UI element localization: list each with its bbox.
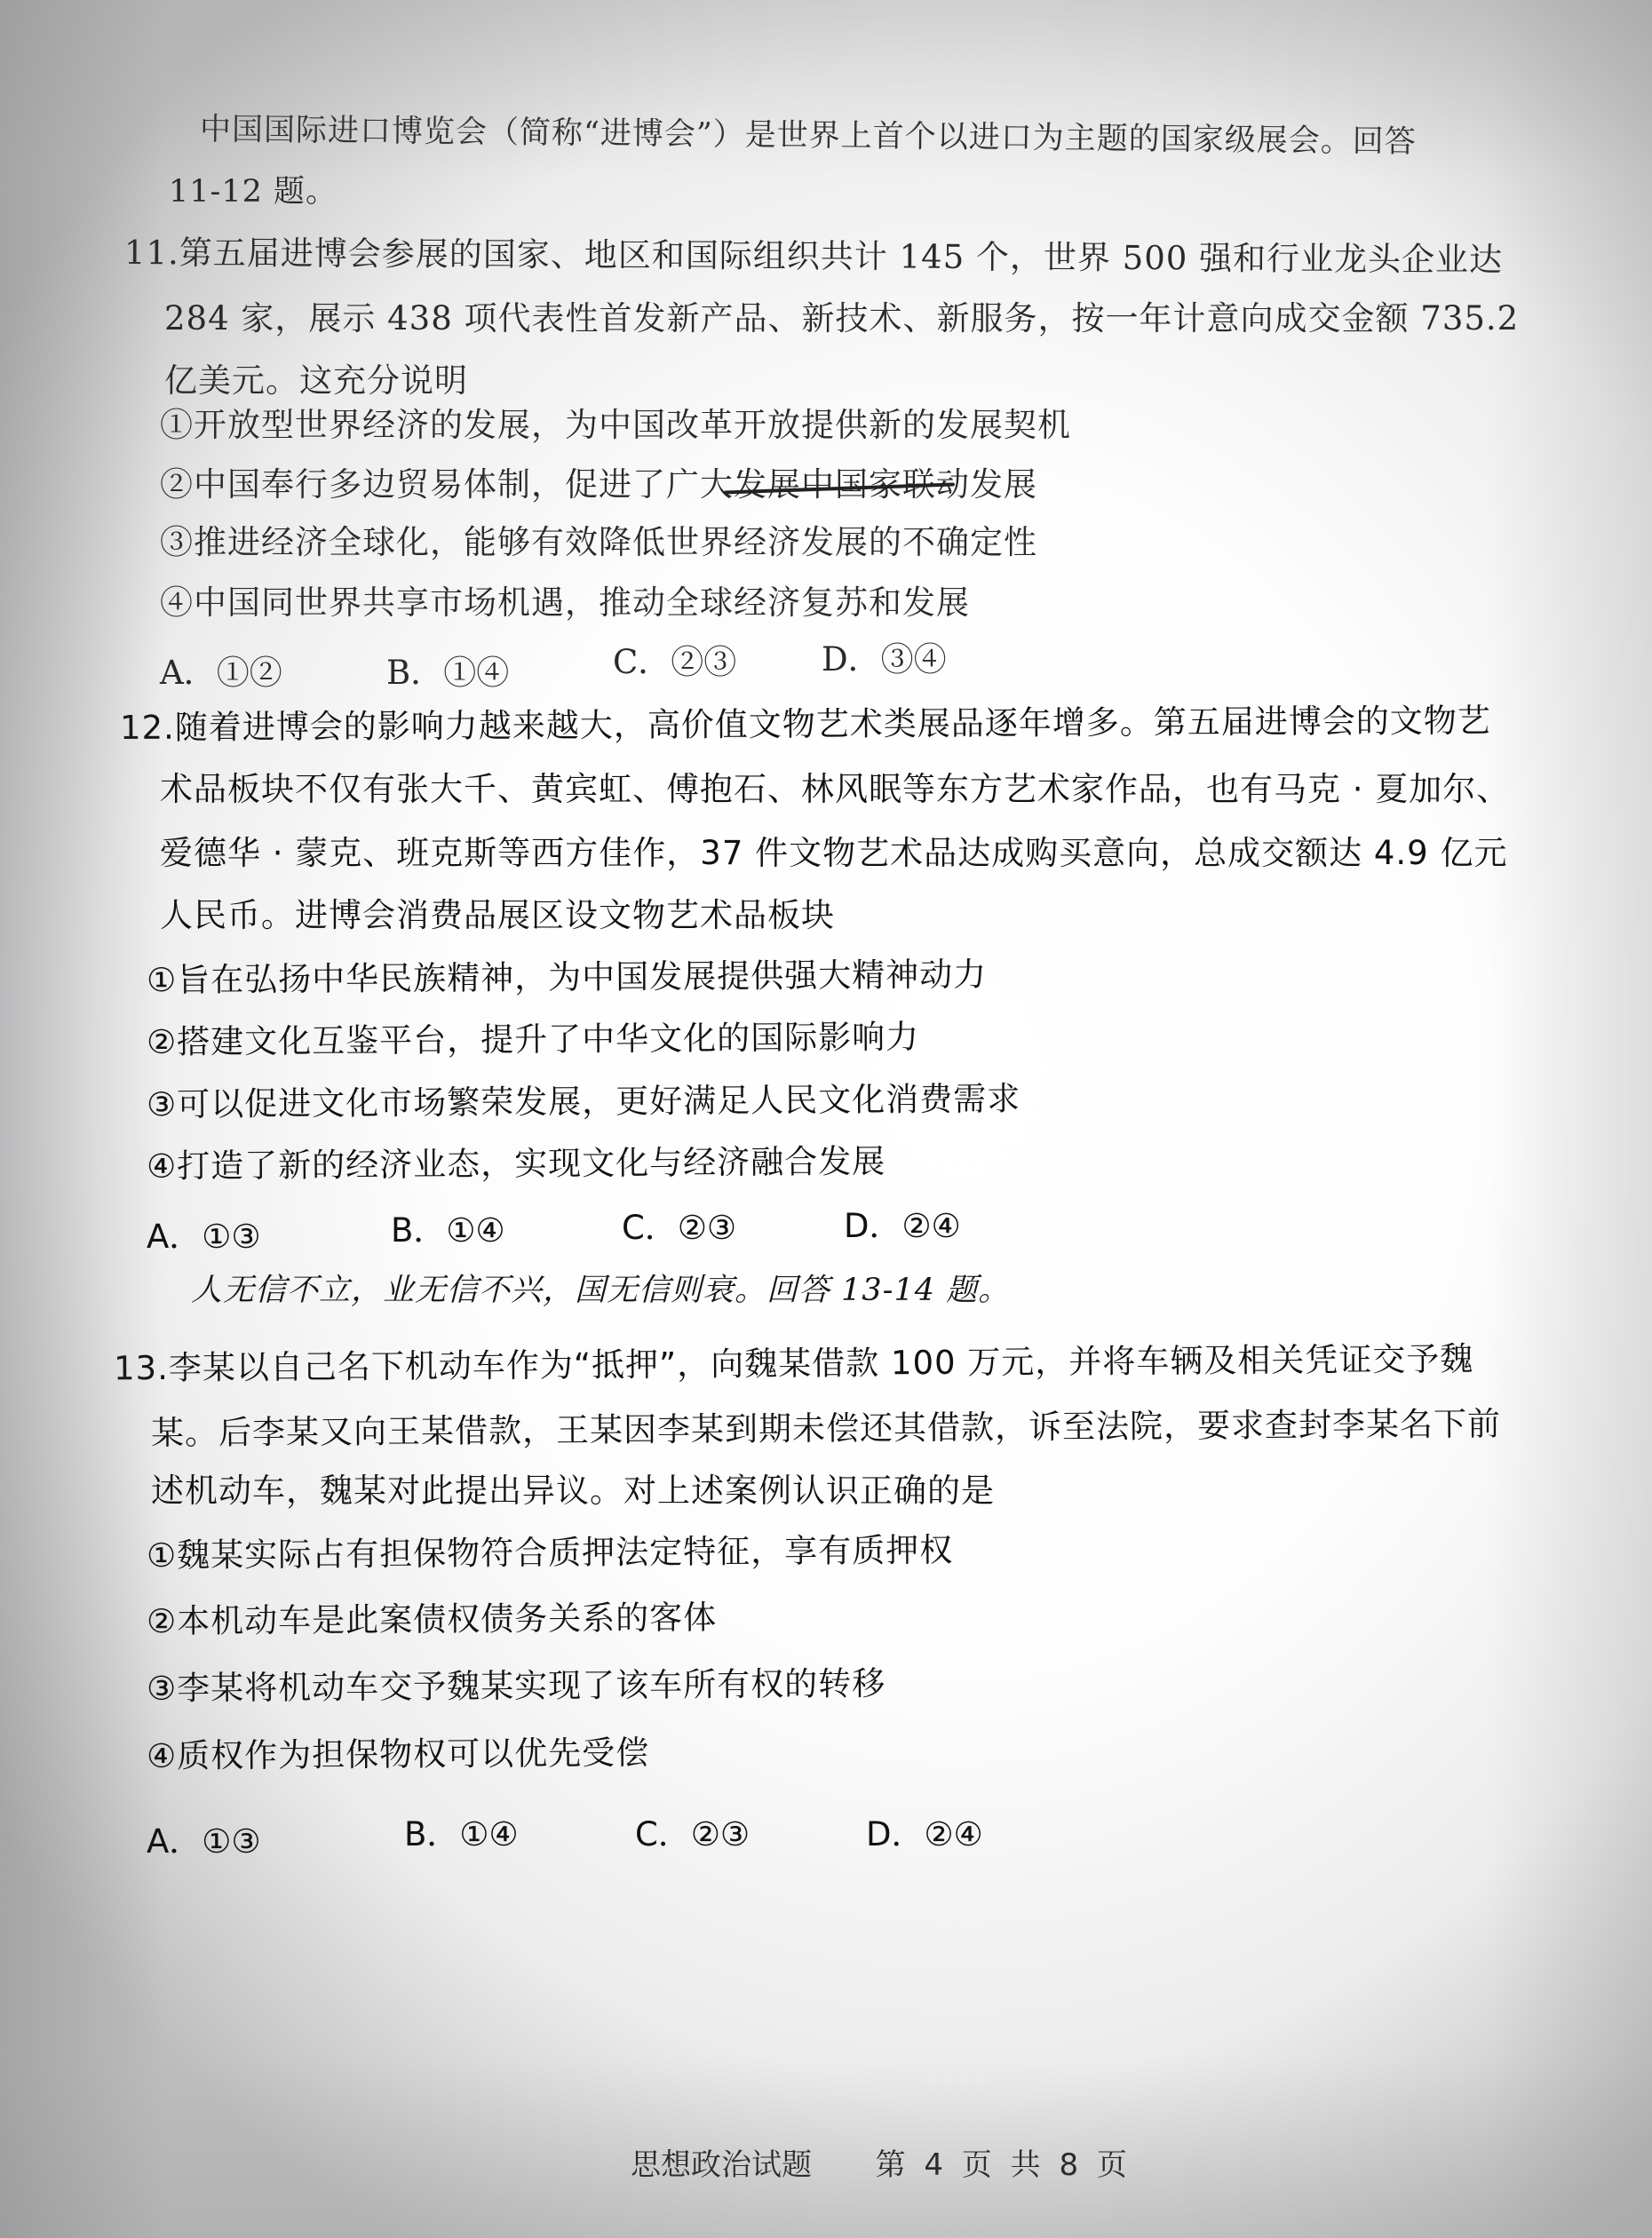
- q13-statement-4: ④质权作为担保物权可以优先受偿: [147, 1726, 650, 1777]
- q12-stem-line-3: 爱德华 · 蒙克、班克斯等西方佳作，37 件文物艺术品达成购买意向，总成交额达 …: [160, 826, 1508, 874]
- q12-statement-3: ③可以促进文化市场繁荣发展，更好满足人民文化消费需求: [147, 1072, 1021, 1126]
- footer-page-number: 第 4 页 共 8 页: [876, 2147, 1127, 2183]
- q12-stem-line-1: 12.随着进博会的影响力越来越大，高价值文物艺术类展品逐年增多。第五届进博会的文…: [120, 694, 1491, 749]
- q12-option-b: B．①④: [391, 1203, 505, 1251]
- q12-stem-line-4: 人民币。进博会消费品展区设文物艺术品板块: [160, 888, 835, 936]
- q13-option-b: B．①④: [404, 1807, 519, 1855]
- q11-option-d: D．③④: [822, 632, 947, 680]
- q13-statement-1: ①魏某实际占有担保物符合质押法定特征，享有质押权: [147, 1523, 954, 1576]
- q12-option-c: C．②③: [622, 1201, 736, 1249]
- q11-statement-2: ②中国奉行多边贸易体制，促进了广大发展中国家联动发展: [160, 457, 1037, 505]
- q13-statement-3: ③李某将机动车交予魏某实现了该车所有权的转移: [147, 1656, 886, 1710]
- q13-stem-line-1: 13.李某以自己名下机动车作为“抵押”，向魏某借款 100 万元，并将车辆及相关…: [114, 1332, 1474, 1390]
- q12-option-a: A．①③: [147, 1210, 261, 1258]
- q12-option-d: D．②④: [844, 1199, 961, 1247]
- q11-statement-3: ③推进经济全球化，能够有效降低世界经济发展的不确定性: [160, 515, 1037, 563]
- q11-statement-1: ①开放型世界经济的发展，为中国改革开放提供新的发展契机: [160, 398, 1071, 446]
- q11-option-c: C．②③: [613, 635, 736, 683]
- q12-stem-line-2: 术品板块不仅有张大千、黄宾虹、傅抱石、林风眠等东方艺术家作品，也有马克 · 夏加…: [160, 762, 1510, 810]
- q11-stem-line-2: 284 家，展示 438 项代表性首发新产品、新技术、新服务，按一年计意向成交金…: [164, 291, 1519, 339]
- q11-stem-line-1: 11.第五届进博会参展的国家、地区和国际组织共计 145 个，世界 500 强和…: [124, 226, 1503, 281]
- q13-stem-line-3: 述机动车，魏某对此提出异议。对上述案例认识正确的是: [151, 1464, 995, 1512]
- q12-statement-2: ②搭建文化互鉴平台，提升了中华文化的国际影响力: [147, 1010, 920, 1063]
- q13-option-d: D．②④: [866, 1807, 983, 1855]
- intro-11-12-line-2: 11-12 题。: [169, 167, 338, 211]
- intro-11-12-line-1: 中国国际进口博览会（简称“进博会”）是世界上首个以进口为主题的国家级展会。回答: [200, 105, 1417, 162]
- q11-option-a: A．①②: [160, 646, 282, 694]
- page-footer: 思想政治试题 第 4 页 共 8 页: [631, 2140, 1127, 2184]
- q13-statement-2: ②本机动车是此案债权债务关系的客体: [147, 1591, 718, 1642]
- q11-option-b: B．①④: [386, 646, 509, 694]
- footer-subject: 思想政治试题: [631, 2147, 812, 2183]
- q13-stem-line-2: 某。后李某又向王某借款，王某因李某到期未偿还其借款，诉至法院，要求查封李某名下前: [151, 1397, 1501, 1455]
- q13-option-a: A．①③: [147, 1814, 261, 1862]
- q12-statement-4: ④打造了新的经济业态，实现文化与经济融合发展: [147, 1134, 886, 1187]
- q12-statement-1: ①旨在弘扬中华民族精神，为中国发展提供强大精神动力: [147, 948, 988, 1002]
- q11-statement-4: ④中国同世界共享市场机遇，推动全球经济复苏和发展: [160, 575, 970, 623]
- q13-option-c: C．②③: [635, 1807, 750, 1855]
- intro-13-14: 人无信不立，业无信不兴，国无信则衰。回答 13-14 题。: [191, 1266, 1010, 1310]
- q11-stem-line-3: 亿美元。这充分说明: [164, 353, 468, 401]
